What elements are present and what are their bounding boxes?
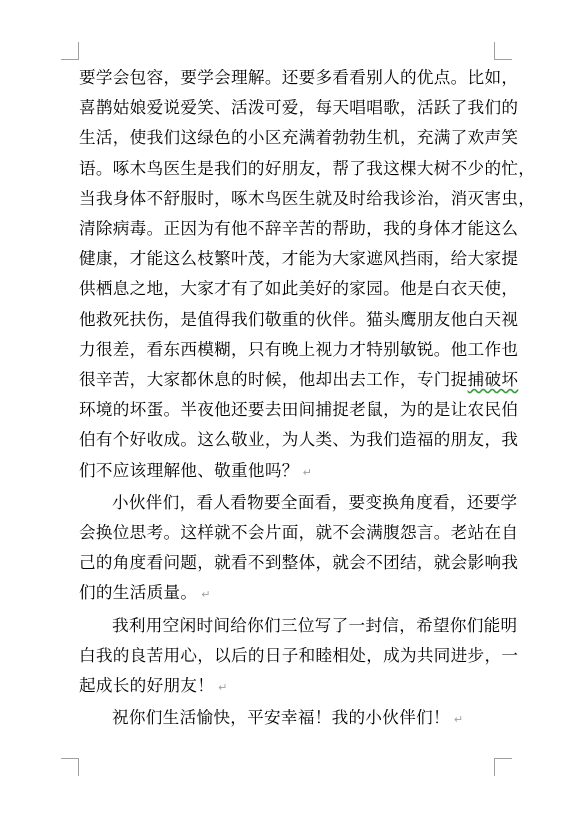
paragraph-mark-icon: ↵ <box>201 588 211 601</box>
text-line: 力很差，看东西模糊，只有晚上视力才特别敏锐。他工作也 <box>79 335 499 365</box>
paragraph-4[interactable]: 祝你们生活愉快，平安幸福！我的小伙伴们！↵ <box>79 703 499 735</box>
spellcheck-flagged-text[interactable]: 捕破坏 <box>468 370 519 389</box>
text-line: 生活，使我们这绿色的小区充满着勃勃生机，充满了欢声笑 <box>79 123 499 153</box>
document-body[interactable]: 要学会包容，要学会理解。还要多看看别人的优点。比如， 喜鹊姑娘爱说爱笑、活泼可爱… <box>79 63 499 735</box>
text-segment: 们的生活质量。 <box>79 583 197 602</box>
text-line: 喜鹊姑娘爱说爱笑、活泼可爱，每天唱唱歌，活跃了我们的 <box>79 93 499 123</box>
paragraph-mark-icon: ↵ <box>218 681 228 694</box>
text-line: 白我的良苦用心，以后的日子和睦相处，成为共同进步，一 <box>79 641 499 671</box>
paragraph-2[interactable]: 小伙伴们，看人看物要全面看，要变换角度看，还要学 会换位思考。这样就不会片面，就… <box>79 488 499 611</box>
text-line-last: 祝你们生活愉快，平安幸福！我的小伙伴们！↵ <box>79 703 499 735</box>
text-line: 小伙伴们，看人看物要全面看，要变换角度看，还要学 <box>79 488 499 518</box>
text-line: 语。啄木鸟医生是我们的好朋友，帮了我这棵大树不少的忙， <box>79 154 499 184</box>
bottom-right-margin-mark <box>494 758 512 776</box>
top-right-margin-mark <box>494 42 512 60</box>
text-line: 伯有个好收成。这么敬业，为人类、为我们造福的朋友，我 <box>79 425 499 455</box>
bottom-left-margin-mark <box>61 758 79 776</box>
text-segment: 祝你们生活愉快，平安幸福！我的小伙伴们！ <box>112 708 450 727</box>
paragraph-3[interactable]: 我利用空闲时间给你们三位写了一封信，希望你们能明 白我的良苦用心，以后的日子和睦… <box>79 611 499 704</box>
text-line: 要学会包容，要学会理解。还要多看看别人的优点。比如， <box>79 63 499 93</box>
top-left-margin-mark <box>61 42 79 60</box>
text-line: 环境的坏蛋。半夜他还要去田间捕捉老鼠，为的是让农民伯 <box>79 395 499 425</box>
text-line: 我利用空闲时间给你们三位写了一封信，希望你们能明 <box>79 611 499 641</box>
text-line: 会换位思考。这样就不会片面，就不会满腹怨言。老站在自 <box>79 518 499 548</box>
text-line-last: 们的生活质量。↵ <box>79 578 499 610</box>
paragraph-mark-icon: ↵ <box>303 466 313 479</box>
text-line: 他救死扶伤，是值得我们敬重的伙伴。猫头鹰朋友他白天视 <box>79 305 499 335</box>
text-line: 当我身体不舒服时，啄木鸟医生就及时给我诊治，消灭害虫， <box>79 184 499 214</box>
text-line-last: 们不应该理解他、敬重他吗？↵ <box>79 456 499 488</box>
paragraph-mark-icon: ↵ <box>454 713 464 726</box>
document-page[interactable]: 要学会包容，要学会理解。还要多看看别人的优点。比如， 喜鹊姑娘爱说爱笑、活泼可爱… <box>0 0 575 815</box>
text-segment: 很辛苦，大家都休息的时候，他却出去工作，专门捉 <box>79 370 468 389</box>
text-line-with-spellcheck: 很辛苦，大家都休息的时候，他却出去工作，专门捉捕破坏 <box>79 365 499 395</box>
text-line: 己的角度看问题，就看不到整体，就会不团结，就会影响我 <box>79 548 499 578</box>
paragraph-1[interactable]: 要学会包容，要学会理解。还要多看看别人的优点。比如， 喜鹊姑娘爱说爱笑、活泼可爱… <box>79 63 499 488</box>
text-segment: 起成长的好朋友！ <box>79 676 214 695</box>
text-line: 清除病毒。正因为有他不辞辛苦的帮助，我的身体才能这么 <box>79 214 499 244</box>
text-line: 健康，才能这么枝繁叶茂，才能为大家遮风挡雨，给大家提 <box>79 244 499 274</box>
text-line: 供栖息之地，大家才有了如此美好的家园。他是白衣天使， <box>79 274 499 304</box>
text-segment: 们不应该理解他、敬重他吗？ <box>79 461 299 480</box>
text-line-last: 起成长的好朋友！↵ <box>79 671 499 703</box>
